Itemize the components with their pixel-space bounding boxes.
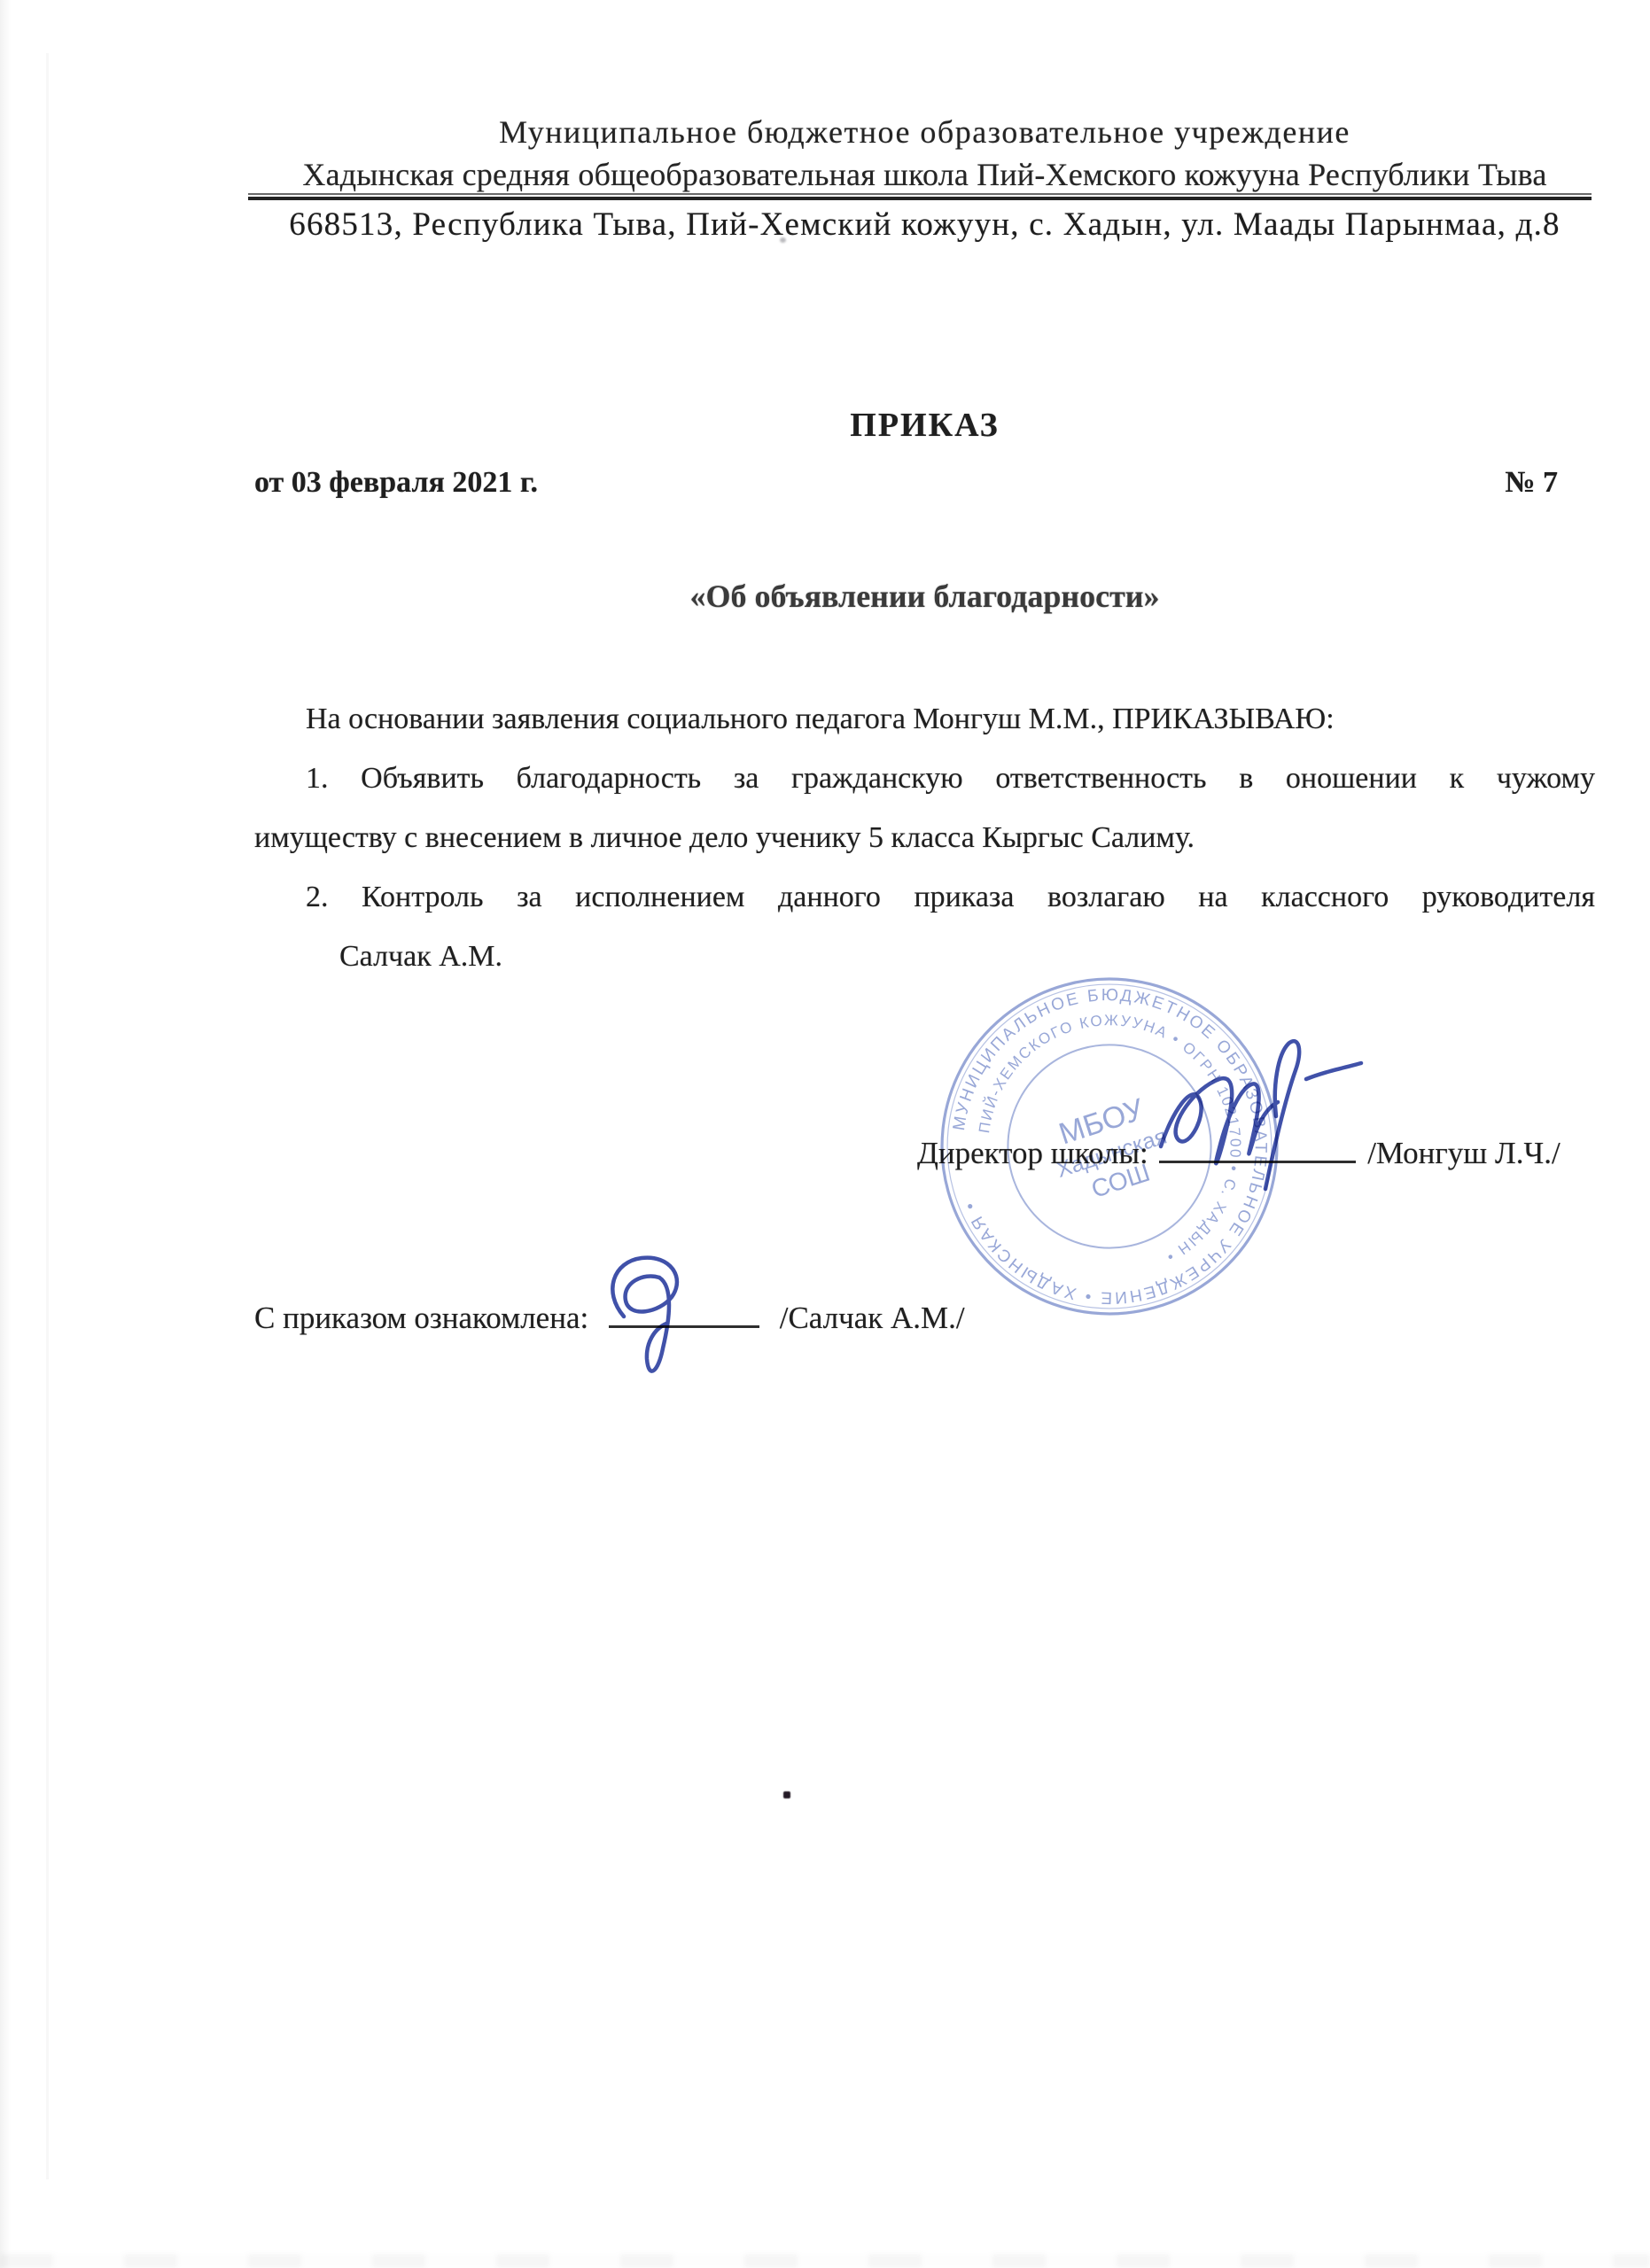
body-item1-line2: имуществу с внесением в личное дело учен… [254, 808, 1595, 867]
org-name-line-2: Хадынская средняя общеобразовательная шк… [254, 156, 1595, 193]
director-signature [1141, 1029, 1398, 1207]
scanned-order-document: Муниципальное бюджетное образовательное … [0, 0, 1650, 2268]
scan-left-edge-shadow [0, 0, 11, 2268]
order-date-row: от 03 февраля 2021 г. № 7 [254, 466, 1595, 500]
order-number: № 7 [1505, 466, 1558, 500]
acknowledgement-signature [574, 1231, 765, 1395]
header-divider-rule [248, 193, 1592, 202]
order-date: от 03 февраля 2021 г. [254, 466, 538, 500]
scan-speck-bottom [783, 1791, 790, 1798]
order-title: ПРИКАЗ [254, 406, 1595, 445]
scan-bottom-edge-band [0, 2254, 1650, 2268]
acknowledgement-label: С приказом ознакомлена: [254, 1301, 588, 1335]
body-item2-line2: Салчак А.М. [254, 927, 1595, 986]
body-item1-line1: 1. Объявить благодарность за гражданскую… [254, 749, 1595, 808]
org-name-line-1: Муниципальное бюджетное образовательное … [254, 113, 1595, 151]
order-body: На основании заявления социального педаг… [254, 689, 1595, 986]
body-intro-line: На основании заявления социального педаг… [254, 689, 1595, 749]
org-address: 668513, Республика Тыва, Пий-Хемский кож… [254, 206, 1595, 244]
order-subject: «Об объявлении благодарности» [254, 578, 1595, 615]
body-item2-line1: 2. Контроль за исполнением данного прика… [254, 867, 1595, 927]
scan-vertical-streak [46, 53, 49, 2179]
